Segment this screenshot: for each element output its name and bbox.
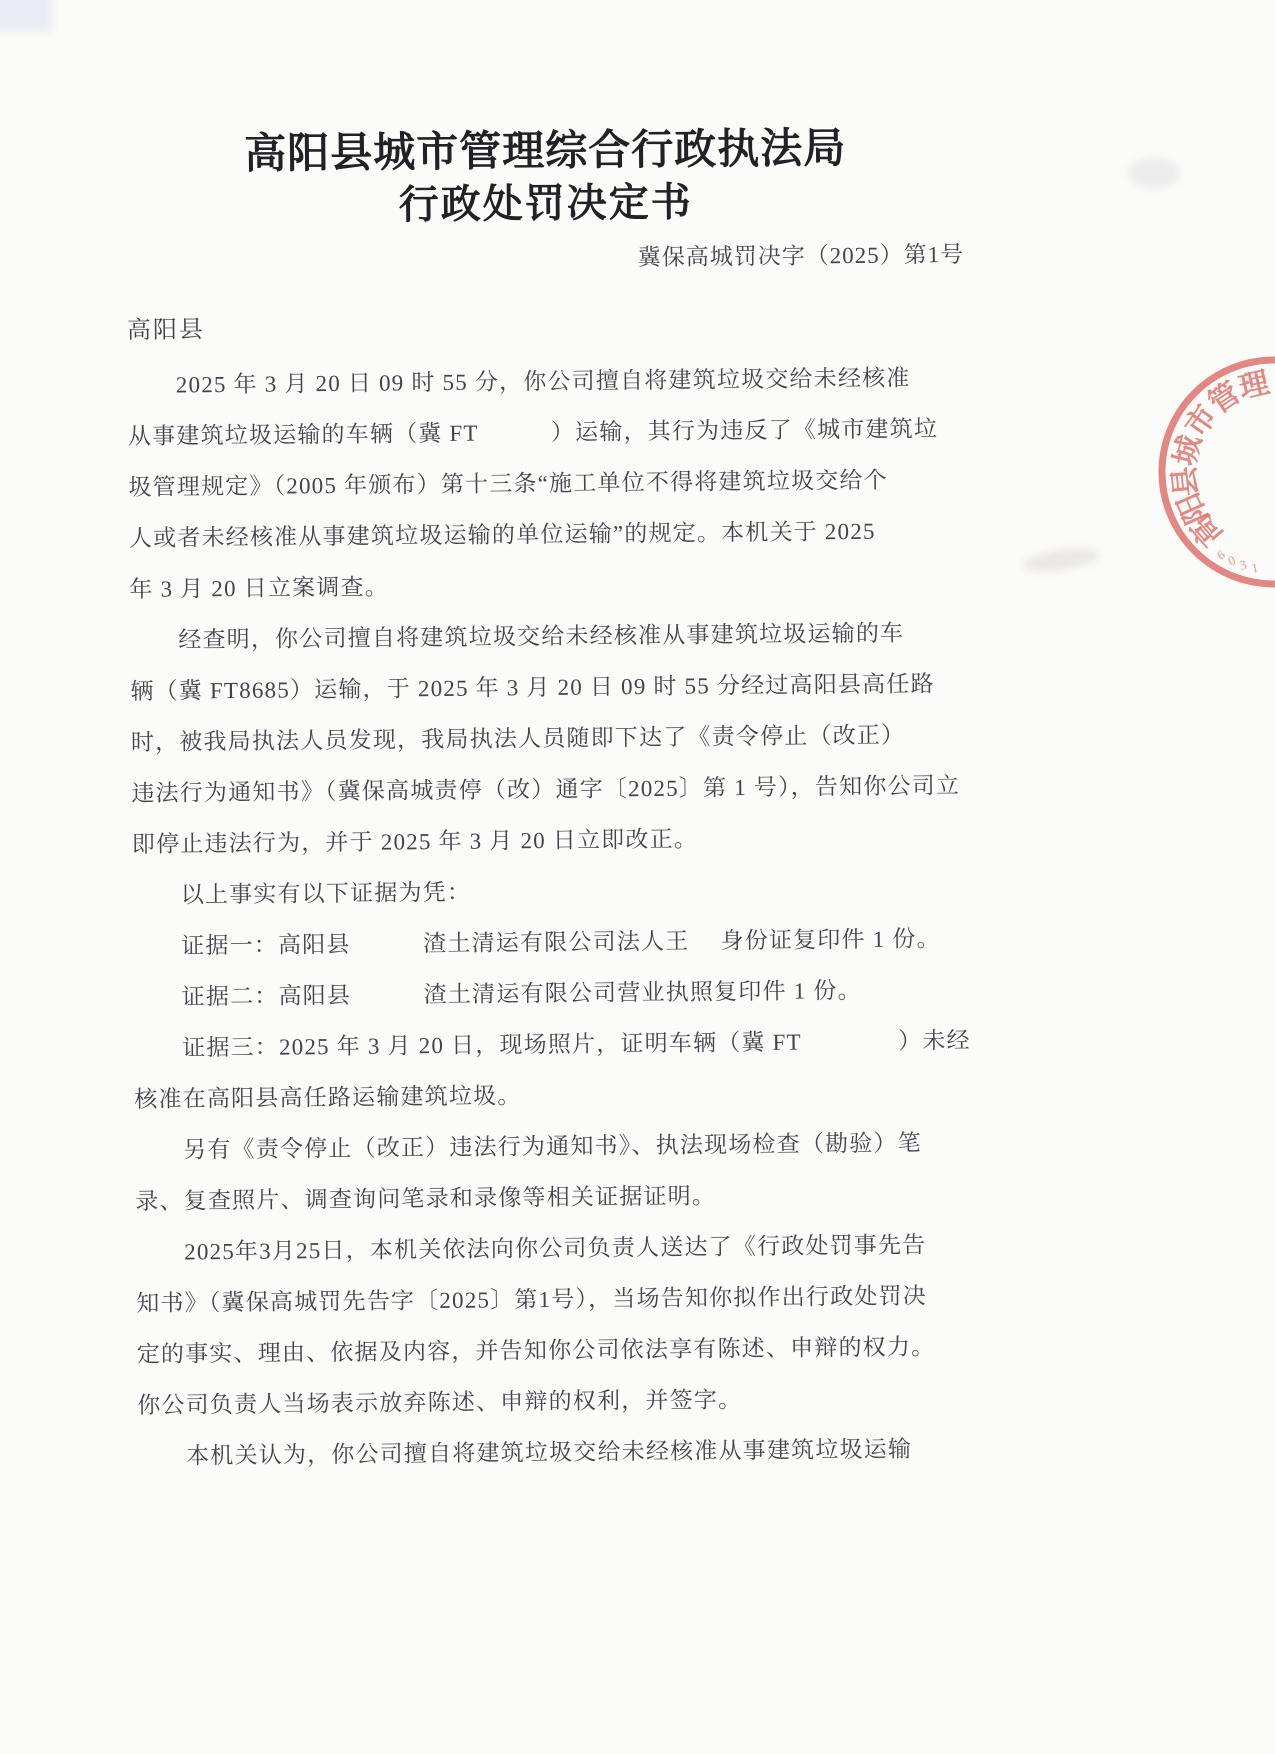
text-line: 从事建筑垃圾运输的车辆（冀 FT ）运输，其行为违反了《城市建筑垃 [128,403,1008,462]
svg-text:理: 理 [1236,366,1273,405]
scan-artifact-smudge [1021,545,1101,576]
document-number: 冀保高城罚决字（2025）第1号 [126,240,1006,278]
text-line: 人或者未经核准从事建筑垃圾运输的单位运输”的规定。本机关于 2025 [129,505,1009,564]
text-line: 核准在高阳县高任路运输建筑垃圾。 [134,1066,1014,1125]
text-line: 你公司负责人当场表示放弃陈述、申辩的权利，并签字。 [137,1371,1017,1430]
svg-text:3: 3 [1238,557,1249,573]
text-line: 即停止违法行为，并于 2025 年 3 月 20 日立即改正。 [132,811,1012,870]
document-type-title: 行政处罚决定书 [125,174,965,234]
text-line: 证据三：2025 年 3 月 20 日，现场照片，证明车辆（冀 FT ）未经 [134,1015,1014,1074]
text-line: 违法行为通知书》（冀保高城责停（改）通字〔2025〕第 1 号），告知你公司立 [131,760,1011,819]
text-line: 证据一：高阳县 渣土清运有限公司法人王 身份证复印件 1 份。 [133,913,1013,972]
recipient-line: 高阳县 [127,306,1007,348]
text-line: 时，被我局执法人员发现，我局执法人员随即下达了《责令停止（改正） [131,709,1011,768]
text-line: 经查明，你公司擅自将建筑垃圾交给未经核准从事建筑垃圾运输的车 [130,607,1010,666]
text-line: 2025年3月25日，本机关依法向你公司负责人送达了《行政处罚事先告 [136,1219,1016,1278]
text-line: 辆（冀 FT8685）运输，于 2025 年 3 月 20 日 09 时 55 … [130,658,1010,717]
text-line: 以上事实有以下证据为凭： [132,862,1012,921]
scan-artifact-corner [0,0,52,32]
scanned-document-page: 高阳县城市管理综合行政执法局 行政处罚决定书 冀保高城罚决字（2025）第1号 … [0,0,1275,1754]
document-body: 高阳县城市管理综合行政执法局 行政处罚决定书 冀保高城罚决字（2025）第1号 … [125,122,1018,1482]
text-line: 年 3 月 20 日立案调查。 [129,556,1009,615]
agency-title: 高阳县城市管理综合行政执法局 [125,122,965,182]
text-line: 录、复查照片、调查询问笔录和录像等相关证据证明。 [135,1168,1015,1227]
text-line: 圾管理规定》（2005 年颁布）第十三条“施工单位不得将建筑垃圾交给个 [128,454,1008,513]
svg-text:1: 1 [1250,560,1259,576]
official-red-stamp: 高阳县城市管理1306 [1148,352,1275,604]
text-line: 本机关认为，你公司擅自将建筑垃圾交给未经核准从事建筑垃圾运输 [137,1422,1017,1481]
text-line: 另有《责令停止（改正）违法行为通知书》、执法现场检查（勘验）笔 [135,1117,1015,1176]
scan-artifact-smudge [1128,158,1180,188]
document-lines: 2025 年 3 月 20 日 09 时 55 分，你公司擅自将建筑垃圾交给未经… [127,352,1018,1482]
text-line: 知书》（冀保高城罚先告字〔2025〕第1号），当场告知你拟作出行政处罚决 [136,1269,1016,1328]
text-line: 2025 年 3 月 20 日 09 时 55 分，你公司擅自将建筑垃圾交给未经… [127,352,1007,411]
svg-text:0: 0 [1225,552,1237,568]
text-line: 证据二：高阳县 渣土清运有限公司营业执照复印件 1 份。 [133,964,1013,1023]
text-line: 定的事实、理由、依据及内容，并告知你公司依法享有陈述、申辩的权力。 [137,1320,1017,1379]
